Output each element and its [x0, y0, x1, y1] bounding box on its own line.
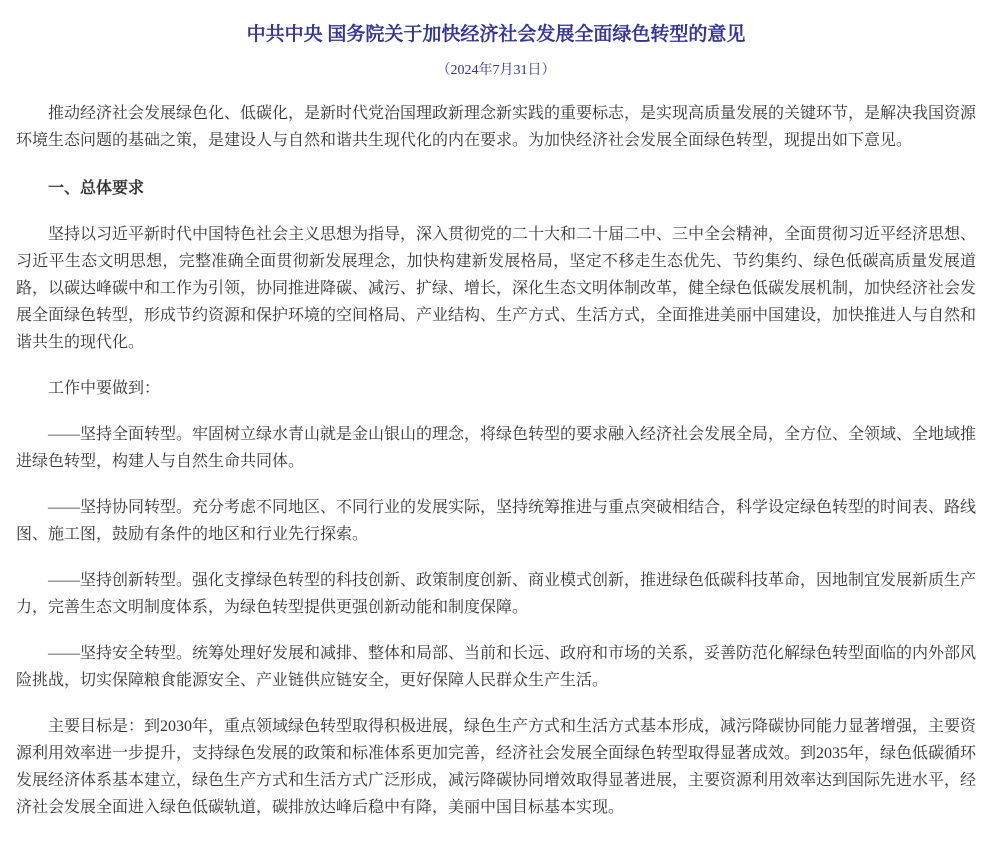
paragraph-principle-safe-transition: ——坚持安全转型。统筹处理好发展和减排、整体和局部、当前和长远、政府和市场的关系…	[16, 640, 976, 694]
paragraph-principle-coordinated-transition: ——坚持协同转型。充分考虑不同地区、不同行业的发展实际，坚持统筹推进与重点突破相…	[16, 494, 976, 548]
paragraph-principle-innovative-transition: ——坚持创新转型。强化支撑绿色转型的科技创新、政策制度创新、商业模式创新，推进绿…	[16, 567, 976, 621]
document-date: （2024年7月31日）	[16, 60, 976, 81]
paragraph-intro: 推动经济社会发展绿色化、低碳化，是新时代党治国理政新理念新实践的重要标志，是实现…	[16, 100, 976, 154]
paragraph-principle-comprehensive-transition: ——坚持全面转型。牢固树立绿水青山就是金山银山的理念，将绿色转型的要求融入经济社…	[16, 421, 976, 475]
document-title: 中共中央 国务院关于加快经济社会发展全面绿色转型的意见	[16, 20, 976, 50]
document-body: 推动经济社会发展绿色化、低碳化，是新时代党治国理政新理念新实践的重要标志，是实现…	[16, 100, 976, 821]
paragraph-guiding-ideology: 坚持以习近平新时代中国特色社会主义思想为指导，深入贯彻党的二十大和二十届二中、三…	[16, 221, 976, 356]
paragraph-work-requirements-lead: 工作中要做到：	[16, 375, 976, 402]
paragraph-main-goals: 主要目标是：到2030年，重点领域绿色转型取得积极进展，绿色生产方式和生活方式基…	[16, 713, 976, 821]
document-page: 中共中央 国务院关于加快经济社会发展全面绿色转型的意见 （2024年7月31日）…	[0, 0, 992, 864]
section-heading-overall-requirements: 一、总体要求	[16, 175, 976, 202]
